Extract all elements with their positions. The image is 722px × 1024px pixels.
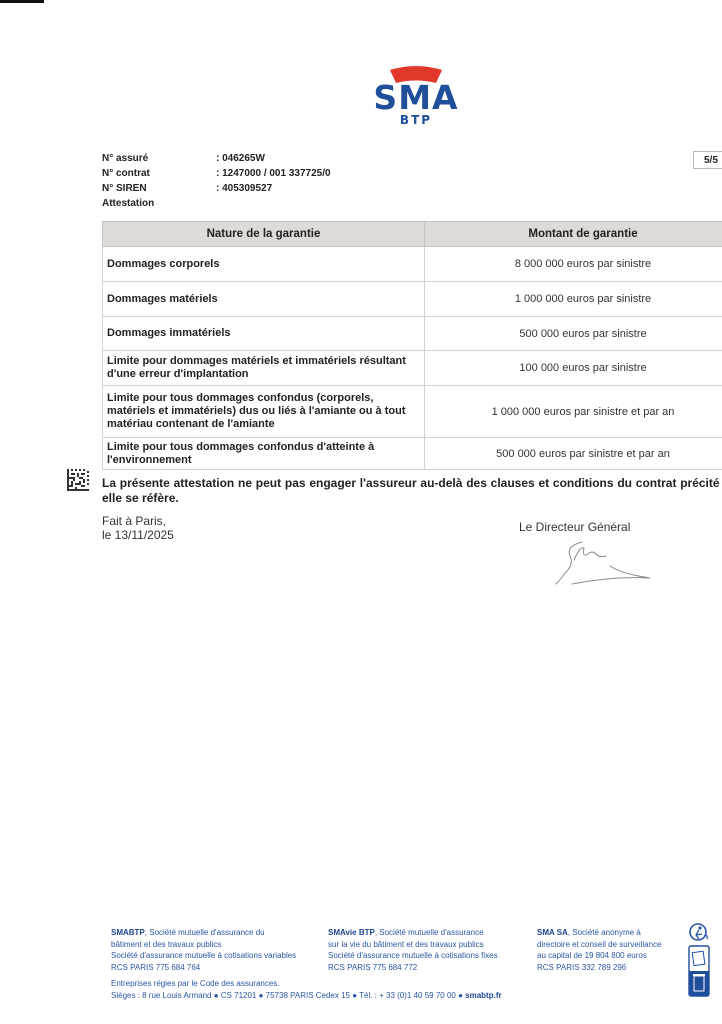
place-text: Fait à Paris, bbox=[102, 514, 174, 528]
logo-main-text: SMA bbox=[358, 80, 474, 116]
footer-line: directoire et conseil de surveillance bbox=[537, 939, 662, 951]
footer-company-name: SMA SA bbox=[537, 928, 568, 937]
cell-montant: 1 000 000 euros par sinistre bbox=[425, 282, 722, 317]
table-row: Limite pour tous dommages confondus d'at… bbox=[103, 438, 722, 470]
footer-address: Sièges : 8 rue Louis Armand ● CS 71201 ●… bbox=[111, 991, 465, 1000]
logo-sub-text: BTP bbox=[358, 113, 474, 127]
date-text: le 13/11/2025 bbox=[102, 528, 174, 542]
footer-smabtp: SMABTP, Société mutuelle d'assurance du … bbox=[111, 927, 296, 973]
table-row: Dommages immatériels 500 000 euros par s… bbox=[103, 317, 722, 351]
cell-montant: 500 000 euros par sinistre et par an bbox=[425, 438, 722, 470]
footer-address-block: Entreprises régies par le Code des assur… bbox=[111, 978, 502, 1001]
footer-line: Société d'assurance mutuelle à cotisatio… bbox=[328, 950, 498, 962]
recycle-person-icon bbox=[690, 924, 707, 940]
cell-nature: Dommages immatériels bbox=[103, 317, 425, 351]
signatory-title: Le Directeur Général bbox=[519, 520, 630, 534]
guarantee-table: Nature de la garantie Montant de garanti… bbox=[102, 221, 722, 470]
signature-icon bbox=[552, 536, 654, 588]
footer-line: , Société mutuelle d'assurance du bbox=[145, 928, 265, 937]
paper-and-bin-icon bbox=[689, 946, 709, 996]
footer-smavie: SMAvie BTP, Société mutuelle d'assurance… bbox=[328, 927, 498, 973]
info-value: : 405309527 bbox=[216, 181, 272, 196]
scan-edge-mark bbox=[0, 0, 44, 3]
table-header-row: Nature de la garantie Montant de garanti… bbox=[103, 222, 722, 247]
table-row: Limite pour tous dommages confondus (cor… bbox=[103, 386, 722, 438]
eco-icons bbox=[687, 922, 711, 998]
datamatrix-code-icon bbox=[67, 469, 89, 491]
header-nature: Nature de la garantie bbox=[103, 222, 425, 247]
footer-smasa: SMA SA, Société anonyme à directoire et … bbox=[537, 927, 662, 973]
table-row: Limite pour dommages matériels et immaté… bbox=[103, 351, 722, 386]
header-montant: Montant de garantie bbox=[425, 222, 722, 247]
info-value: : 046265W bbox=[216, 151, 265, 166]
footer-website-link[interactable]: smabtp.fr bbox=[465, 991, 501, 1000]
footer-regulation: Entreprises régies par le Code des assur… bbox=[111, 978, 502, 990]
cell-nature: Limite pour tous dommages confondus (cor… bbox=[103, 386, 425, 438]
footer-line: sur la vie du bâtiment et des travaux pu… bbox=[328, 939, 498, 951]
footer-line: , Société anonyme à bbox=[568, 928, 641, 937]
footer-line: Société d'assurance mutuelle à cotisatio… bbox=[111, 950, 296, 962]
cell-nature: Dommages matériels bbox=[103, 282, 425, 317]
table-row: Dommages matériels 1 000 000 euros par s… bbox=[103, 282, 722, 317]
footer-line: RCS PARIS 775 684 772 bbox=[328, 962, 498, 974]
footer-line: RCS PARIS 332 789 296 bbox=[537, 962, 662, 974]
cell-nature: Dommages corporels bbox=[103, 247, 425, 282]
info-label: N° SIREN bbox=[102, 181, 147, 196]
page-indicator: 5/5 bbox=[693, 151, 722, 169]
cell-montant: 1 000 000 euros par sinistre et par an bbox=[425, 386, 722, 438]
footer-line: , Société mutuelle d'assurance bbox=[375, 928, 484, 937]
table-row: Dommages corporels 8 000 000 euros par s… bbox=[103, 247, 722, 282]
info-label: N° contrat bbox=[102, 166, 150, 181]
sma-btp-logo: SMA BTP bbox=[358, 64, 474, 126]
info-label: N° assuré bbox=[102, 151, 148, 166]
cell-montant: 8 000 000 euros par sinistre bbox=[425, 247, 722, 282]
footer-company-name: SMAvie BTP bbox=[328, 928, 375, 937]
place-date: Fait à Paris, le 13/11/2025 bbox=[102, 514, 174, 542]
cell-nature: Limite pour dommages matériels et immaté… bbox=[103, 351, 425, 386]
cell-montant: 100 000 euros par sinistre bbox=[425, 351, 722, 386]
footer-line: bâtiment et des travaux publics bbox=[111, 939, 296, 951]
footer-line: RCS PARIS 775 684 764 bbox=[111, 962, 296, 974]
cell-nature: Limite pour tous dommages confondus d'at… bbox=[103, 438, 425, 470]
footer-company-name: SMABTP bbox=[111, 928, 145, 937]
info-value: : 1247000 / 001 337725/0 bbox=[216, 166, 331, 181]
cell-montant: 500 000 euros par sinistre bbox=[425, 317, 722, 351]
info-label: Attestation bbox=[102, 196, 154, 211]
footer-line: au capital de 19 804 800 euros bbox=[537, 950, 662, 962]
disclaimer-text: La présente attestation ne peut pas enga… bbox=[102, 476, 722, 506]
